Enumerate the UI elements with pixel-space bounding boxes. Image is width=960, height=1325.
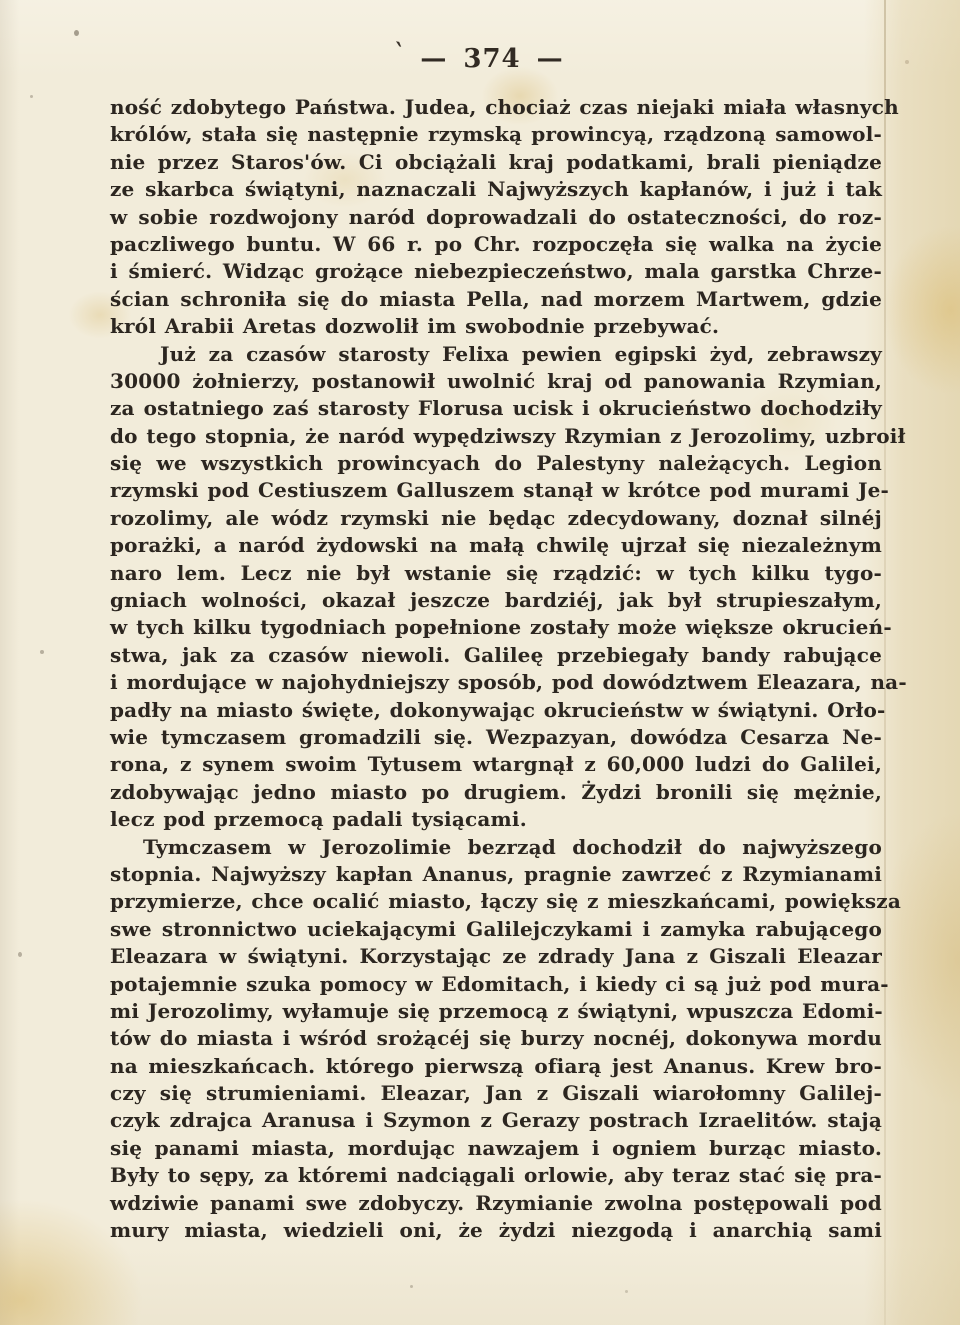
text-line: i mordujące w najohydniejszy sposób, pod… xyxy=(110,669,882,696)
ink-speck xyxy=(30,95,33,98)
text-line: się panami miasta, mordując nawzajem i o… xyxy=(110,1135,882,1162)
text-line: królów, stała się następnie rzymską prow… xyxy=(110,121,882,148)
text-line: nie przez Staros'ów. Ci obciążali kraj p… xyxy=(110,149,882,176)
text-line: w sobie rozdwojony naród doprowadzali do… xyxy=(110,204,882,231)
text-line: rzymski pod Cestiuszem Galluszem stanął … xyxy=(110,477,882,504)
text-line: i śmierć. Widząc grożące niebezpieczeńst… xyxy=(110,258,882,285)
text-line: czy się strumieniami. Eleazar, Jan z Gis… xyxy=(110,1080,882,1107)
text-line: w tych kilku tygodniach popełnione zosta… xyxy=(110,614,882,641)
text-line: padły na miasto święte, dokonywając okru… xyxy=(110,697,882,724)
ink-speck xyxy=(18,952,22,957)
page-edge-crease xyxy=(884,0,886,1325)
text-line: Tymczasem w Jerozolimie bezrząd dochodzi… xyxy=(110,834,882,861)
page-number: 374 xyxy=(463,44,520,74)
text-line: ścian schroniła się do miasta Pella, nad… xyxy=(110,286,882,313)
ink-speck xyxy=(625,1290,628,1293)
text-line: mury miasta, wiedzieli oni, że żydzi nie… xyxy=(110,1217,882,1244)
text-line: czyk zdrajca Aranusa i Szymon z Gerazy p… xyxy=(110,1107,882,1134)
paragraph: Tymczasem w Jerozolimie bezrząd dochodzi… xyxy=(110,834,882,1245)
text-line: zdobywając jedno miasto po drugiem. Żydz… xyxy=(110,779,882,806)
text-line: gniach wolności, okazał jeszcze bardziéj… xyxy=(110,587,882,614)
text-line: rona, z synem swoim Tytusem wtargnął z 6… xyxy=(110,751,882,778)
text-line: rozolimy, ale wódz rzymski nie będąc zde… xyxy=(110,505,882,532)
text-line: na mieszkańcach. którego pierwszą ofiarą… xyxy=(110,1053,882,1080)
text-line: do tego stopnia, że naród wypędziwszy Rz… xyxy=(110,423,882,450)
text-line: stopnia. Najwyższy kapłan Ananus, pragni… xyxy=(110,861,882,888)
text-line: stwa, jak za czasów niewoli. Galileę prz… xyxy=(110,642,882,669)
ink-speck xyxy=(40,650,44,654)
text-line: ność zdobytego Państwa. Judea, chociaż c… xyxy=(110,94,882,121)
paragraph: ność zdobytego Państwa. Judea, chociaż c… xyxy=(110,94,882,341)
text-line: tów do miasta i wśród srożącéj się burzy… xyxy=(110,1025,882,1052)
ink-speck xyxy=(74,30,79,36)
text-line: potajemnie szuka pomocy w Edomitach, i k… xyxy=(110,971,882,998)
text-line: swe stronnictwo uciekającymi Galilejczyk… xyxy=(110,916,882,943)
text-line: za ostatniego zaś starosty Florusa ucisk… xyxy=(110,395,882,422)
page-header: —374— xyxy=(12,44,960,74)
ink-speck xyxy=(410,1285,413,1288)
text-line: wdziwie panami swe zdobyczy. Rzymianie z… xyxy=(110,1190,882,1217)
text-line: naro lem. Lecz nie był wstanie się rządz… xyxy=(110,560,882,587)
scanned-book-page: ` —374— ność zdobytego Państwa. Judea, c… xyxy=(0,0,960,1325)
text-line: Eleazara w świątyni. Korzystając ze zdra… xyxy=(110,943,882,970)
text-line: paczliwego buntu. W 66 r. po Chr. rozpoc… xyxy=(110,231,882,258)
text-line: przymierze, chce ocalić miasto, łączy si… xyxy=(110,888,882,915)
text-line: ze skarbca świątyni, naznaczali Najwyższ… xyxy=(110,176,882,203)
text-line: mi Jerozolimy, wyłamuje się przemocą z ś… xyxy=(110,998,882,1025)
header-dash-left: — xyxy=(420,44,447,74)
header-dash-right: — xyxy=(537,44,564,74)
text-line: 30000 żołnierzy, postanowił uwolnić kraj… xyxy=(110,368,882,395)
text-line: Były to sępy, za któremi nadciągali orlo… xyxy=(110,1162,882,1189)
text-line: król Arabii Aretas dozwolił im swobodnie… xyxy=(110,313,882,340)
text-line: lecz pod przemocą padali tysiącami. xyxy=(110,806,882,833)
paragraph: Już za czasów starosty Felixa pewien egi… xyxy=(110,341,882,834)
text-block: ność zdobytego Państwa. Judea, chociaż c… xyxy=(110,94,882,1244)
text-line: się we wszystkich prowincyach do Palesty… xyxy=(110,450,882,477)
text-line: Już za czasów starosty Felixa pewien egi… xyxy=(110,341,882,368)
text-line: porażki, a naród żydowski na małą chwilę… xyxy=(110,532,882,559)
text-line: wie tymczasem gromadzili się. Wezpazyan,… xyxy=(110,724,882,751)
